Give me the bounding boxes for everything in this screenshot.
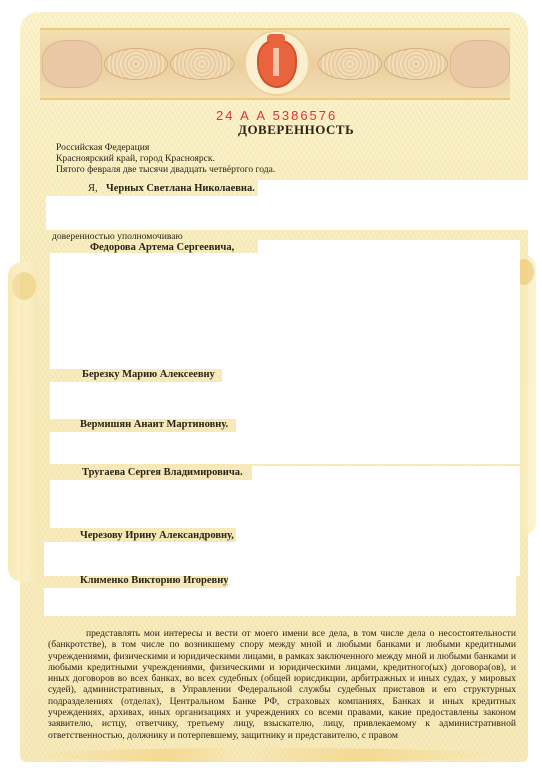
header-line-location: Красноярский край, город Красноярск. — [56, 153, 215, 164]
representative-name: Клименко Викторию Игоревну, — [80, 575, 230, 586]
principal-prefix: Я, — [88, 183, 98, 194]
scroll-ornament-left — [8, 262, 38, 582]
redacted-block — [50, 253, 520, 369]
representative-name: Тругаева Сергея Владимировича. — [82, 467, 243, 478]
header-line-country: Российская Федерация — [56, 142, 149, 153]
redacted-block — [50, 382, 520, 419]
lens-ornament — [104, 48, 168, 80]
redacted-block — [252, 466, 520, 480]
redacted-block — [46, 196, 528, 230]
redacted-block — [236, 528, 520, 542]
document-serial-number: 24 А А 5386576 — [216, 108, 337, 123]
redacted-block — [236, 419, 520, 433]
representative-name: Федорова Артема Сергеевича, — [90, 242, 234, 253]
rosette-ornament — [450, 40, 510, 88]
lens-ornament — [170, 48, 234, 80]
principal-name: Черных Светлана Николаевна. — [106, 183, 255, 194]
lens-ornament — [318, 48, 382, 80]
lens-ornament — [384, 48, 448, 80]
redacted-block — [44, 542, 520, 576]
powers-paragraph: представлять мои интересы и вести от мое… — [48, 628, 516, 741]
authorizing-phrase: доверенностью уполномочиваю — [52, 231, 183, 242]
redacted-block — [258, 240, 520, 254]
bottom-ornament — [30, 748, 500, 762]
representative-name: Вермишян Анаит Мартиновну. — [80, 419, 228, 430]
redacted-block — [50, 432, 520, 464]
document-title: ДОВЕРЕННОСТЬ — [238, 122, 354, 138]
rosette-ornament — [42, 40, 102, 88]
header-line-date: Пятого февраля две тысячи двадцать четвё… — [56, 164, 275, 175]
redacted-block — [50, 480, 520, 528]
redacted-block — [222, 368, 520, 382]
coat-of-arms-icon — [257, 40, 297, 88]
representative-name: Черезову Ирину Александровну, — [80, 530, 234, 541]
redacted-block — [44, 588, 234, 616]
representative-name: Березку Марию Алексеевну — [82, 369, 215, 380]
redacted-block — [228, 574, 516, 616]
